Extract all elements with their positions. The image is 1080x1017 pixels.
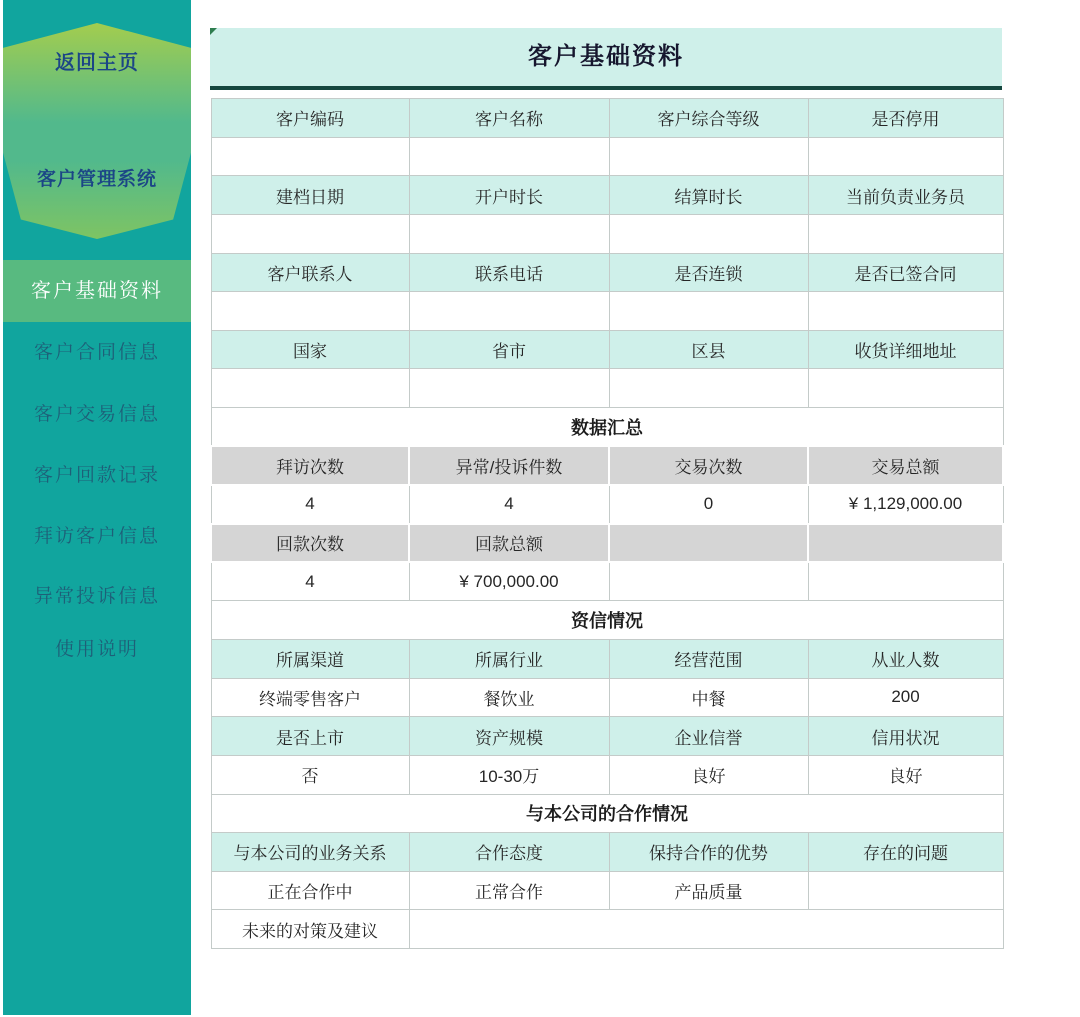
value-cell[interactable] [808,871,1003,910]
value-cell[interactable]: 否 [211,755,409,794]
main-content: 客户基础资料 客户编码客户名称客户综合等级是否停用建档日期开户时长结算时长当前负… [210,0,1002,1017]
value-cell[interactable] [211,137,409,176]
table-row [211,137,1003,176]
value-cell[interactable] [808,214,1003,253]
table-row: 4¥ 700,000.00 [211,562,1003,601]
table-row: 所属渠道所属行业经营范围从业人数 [211,639,1003,678]
value-cell[interactable] [808,292,1003,331]
header-cell: 结算时长 [609,176,808,215]
value-cell[interactable]: 4 [211,485,409,524]
value-cell[interactable] [409,214,609,253]
value-cell[interactable] [211,369,409,408]
summary-label-cell: 拜访次数 [211,446,409,485]
sidebar-item-visit-info[interactable]: 拜访客户信息 [3,522,191,552]
header-cell: 当前负责业务员 [808,176,1003,215]
app-window: 返回主页 客户管理系统 客户基础资料 客户合同信息 客户交易信息 客户回款记录 … [0,0,1080,1017]
value-cell[interactable] [609,369,808,408]
header-cell: 从业人数 [808,639,1003,678]
table-row: 与本公司的合作情况 [211,794,1003,833]
value-cell[interactable]: 4 [409,485,609,524]
header-cell: 与本公司的业务关系 [211,833,409,872]
sidebar-menu: 客户合同信息 客户交易信息 客户回款记录 拜访客户信息 异常投诉信息 使用说明 [3,0,191,1015]
table-row: 回款次数回款总额 [211,524,1003,563]
value-cell[interactable] [609,292,808,331]
value-cell[interactable]: 良好 [609,755,808,794]
value-cell[interactable]: 良好 [808,755,1003,794]
value-cell[interactable]: 0 [609,485,808,524]
table-row: 440¥ 1,129,000.00 [211,485,1003,524]
header-cell: 区县 [609,330,808,369]
value-cell[interactable]: 中餐 [609,678,808,717]
sidebar-item-contract-info[interactable]: 客户合同信息 [3,338,191,368]
sidebar-item-payment-records[interactable]: 客户回款记录 [3,461,191,491]
value-cell[interactable] [409,910,1003,949]
title-underline [210,86,1002,90]
page-title: 客户基础资料 [528,43,684,70]
table-row [211,369,1003,408]
header-cell: 开户时长 [409,176,609,215]
value-cell[interactable]: 200 [808,678,1003,717]
header-cell: 保持合作的优势 [609,833,808,872]
value-cell[interactable]: 餐饮业 [409,678,609,717]
section-title: 数据汇总 [211,408,1003,447]
table-row: 与本公司的业务关系合作态度保持合作的优势存在的问题 [211,833,1003,872]
table-row: 是否上市资产规模企业信誉信用状况 [211,717,1003,756]
value-cell[interactable] [609,562,808,601]
header-cell: 客户编码 [211,99,409,138]
value-cell[interactable] [609,214,808,253]
sidebar: 返回主页 客户管理系统 客户基础资料 客户合同信息 客户交易信息 客户回款记录 … [3,0,191,1015]
value-cell[interactable]: 正在合作中 [211,871,409,910]
table-row: 数据汇总 [211,408,1003,447]
table-row: 国家省市区县收货详细地址 [211,330,1003,369]
header-cell: 资产规模 [409,717,609,756]
value-cell[interactable] [808,137,1003,176]
cell-corner-marker-icon [210,28,217,35]
summary-label-cell: 回款总额 [409,524,609,563]
table-row [211,214,1003,253]
value-cell[interactable]: ¥ 700,000.00 [409,562,609,601]
header-cell: 是否已签合同 [808,253,1003,292]
section-title: 资信情况 [211,601,1003,640]
summary-label-cell: 异常/投诉件数 [409,446,609,485]
table-row: 否10-30万良好良好 [211,755,1003,794]
header-cell: 所属行业 [409,639,609,678]
header-cell: 客户名称 [409,99,609,138]
header-cell: 所属渠道 [211,639,409,678]
customer-info-table: 客户编码客户名称客户综合等级是否停用建档日期开户时长结算时长当前负责业务员客户联… [210,98,1004,949]
value-cell[interactable]: 4 [211,562,409,601]
table-row: 拜访次数异常/投诉件数交易次数交易总额 [211,446,1003,485]
header-cell: 信用状况 [808,717,1003,756]
header-cell: 是否连锁 [609,253,808,292]
table-row: 客户联系人联系电话是否连锁是否已签合同 [211,253,1003,292]
header-cell: 联系电话 [409,253,609,292]
value-cell[interactable]: 10-30万 [409,755,609,794]
value-cell[interactable]: 正常合作 [409,871,609,910]
section-title: 与本公司的合作情况 [211,794,1003,833]
table-row: 资信情况 [211,601,1003,640]
sidebar-item-transaction-info[interactable]: 客户交易信息 [3,400,191,430]
value-cell[interactable] [409,137,609,176]
table-row [211,292,1003,331]
table-row: 终端零售客户餐饮业中餐200 [211,678,1003,717]
sidebar-item-usage-help[interactable]: 使用说明 [3,635,191,665]
value-cell[interactable] [409,292,609,331]
table-row: 未来的对策及建议 [211,910,1003,949]
summary-label-cell [808,524,1003,563]
table-row: 客户编码客户名称客户综合等级是否停用 [211,99,1003,138]
header-cell: 客户综合等级 [609,99,808,138]
value-cell[interactable]: 终端零售客户 [211,678,409,717]
header-cell: 是否上市 [211,717,409,756]
value-cell[interactable] [211,292,409,331]
value-cell[interactable] [609,137,808,176]
value-cell[interactable] [808,369,1003,408]
header-cell: 未来的对策及建议 [211,910,409,949]
value-cell[interactable] [808,562,1003,601]
header-cell: 经营范围 [609,639,808,678]
header-cell: 合作态度 [409,833,609,872]
header-cell: 建档日期 [211,176,409,215]
summary-label-cell: 交易总额 [808,446,1003,485]
table-row: 建档日期开户时长结算时长当前负责业务员 [211,176,1003,215]
form-title-bar: 客户基础资料 [210,28,1002,86]
header-cell: 是否停用 [808,99,1003,138]
header-cell: 企业信誉 [609,717,808,756]
value-cell[interactable] [211,214,409,253]
sidebar-item-complaint-info[interactable]: 异常投诉信息 [3,582,191,612]
summary-label-cell [609,524,808,563]
header-cell: 省市 [409,330,609,369]
header-cell: 客户联系人 [211,253,409,292]
value-cell[interactable]: ¥ 1,129,000.00 [808,485,1003,524]
header-cell: 国家 [211,330,409,369]
header-cell: 收货详细地址 [808,330,1003,369]
header-cell: 存在的问题 [808,833,1003,872]
table-row: 正在合作中正常合作产品质量 [211,871,1003,910]
value-cell[interactable] [409,369,609,408]
summary-label-cell: 交易次数 [609,446,808,485]
summary-label-cell: 回款次数 [211,524,409,563]
value-cell[interactable]: 产品质量 [609,871,808,910]
